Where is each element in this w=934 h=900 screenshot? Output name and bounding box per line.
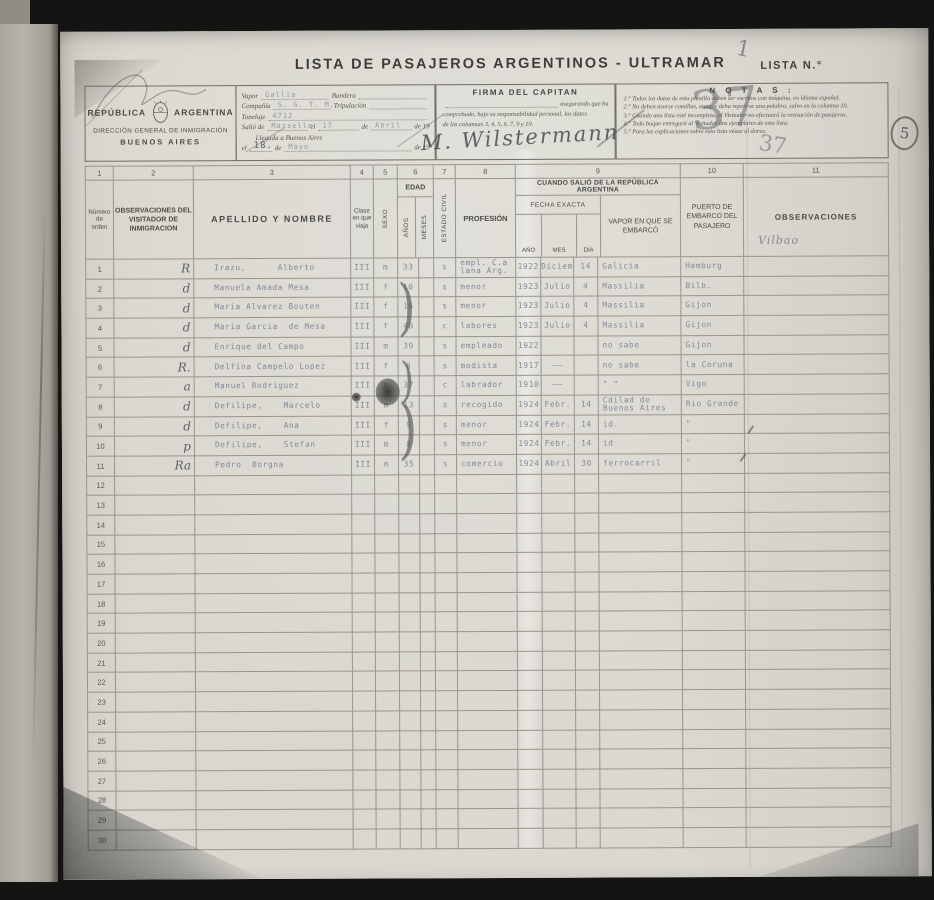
cell-anos: 37 <box>398 376 419 396</box>
cell-profesion: menor <box>456 435 516 455</box>
cell-sexo <box>376 750 400 770</box>
de-label: de <box>362 123 369 131</box>
cell-estado-civil <box>435 474 457 494</box>
header-estado-civil: ESTADO CIVIL <box>433 179 455 258</box>
cell-mes-salida: —— <box>541 375 574 395</box>
cell-profesion <box>457 533 517 553</box>
cell-numero: 6 <box>86 358 114 378</box>
cell-numero: 4 <box>86 318 114 338</box>
cell-mes-salida <box>542 651 575 671</box>
agency-department: DIRECCIÓN GENERAL DE INMIGRACIÓN <box>86 127 236 135</box>
cell-dia-salida <box>575 611 599 631</box>
cell-sexo <box>376 789 400 809</box>
cell-clase <box>353 790 376 810</box>
page-number-stamp: 5 <box>889 115 920 152</box>
cell-estado-civil <box>436 809 458 829</box>
cell-apellido-nombre: Manuela Amada Mesa <box>194 278 351 298</box>
cell-ano-salida <box>518 828 543 848</box>
pencil-port-note: Vilbao <box>758 234 799 247</box>
cell-ano-salida <box>517 612 542 632</box>
cell-mes-salida <box>543 769 576 789</box>
cell-puerto-embarco <box>682 532 745 552</box>
col-number: 11 <box>743 163 888 178</box>
cell-estado-civil: c <box>434 376 456 396</box>
cell-dia-salida: 14 <box>574 415 598 435</box>
cell-anos <box>399 553 420 573</box>
scanner-corner-paper <box>0 0 30 26</box>
cell-puerto-embarco <box>683 670 746 690</box>
cell-visitador-mark: R. <box>114 357 194 377</box>
cell-anos <box>399 514 420 534</box>
cell-visitador-mark: p <box>114 436 194 456</box>
cell-numero: 7 <box>86 377 114 397</box>
ink-blot <box>376 378 400 405</box>
cell-estado-civil: s <box>434 395 456 415</box>
cell-estado-civil: c <box>434 317 456 337</box>
cell-visitador-mark: d <box>114 397 194 417</box>
cell-numero: 27 <box>88 771 116 791</box>
cell-vapor-embarco <box>599 611 682 631</box>
cell-estado-civil: s <box>434 336 456 356</box>
cell-visitador-mark <box>115 672 195 692</box>
cell-puerto-embarco <box>682 571 745 591</box>
cell-numero: 25 <box>88 732 116 752</box>
cell-vapor-embarco <box>600 729 683 749</box>
cell-estado-civil <box>435 632 457 652</box>
pencil-number-small: 37 <box>757 131 788 160</box>
cell-puerto-embarco: Gijon <box>681 315 744 335</box>
cell-dia-salida <box>575 592 599 612</box>
cell-dia-salida <box>576 690 600 710</box>
cell-puerto-embarco <box>683 788 746 808</box>
llegada-dia: 18. <box>254 141 273 151</box>
salio-mes: Abril <box>375 121 401 129</box>
cell-sexo <box>375 494 399 514</box>
cell-clase: III <box>351 337 374 357</box>
cell-mes-salida <box>542 533 575 553</box>
cell-meses <box>421 770 436 790</box>
cell-meses <box>420 455 435 475</box>
cell-estado-civil: s <box>434 297 456 317</box>
cell-clase <box>353 770 376 790</box>
cell-profesion: menor <box>456 415 516 435</box>
cell-apellido-nombre <box>195 534 352 554</box>
cell-estado-civil <box>435 612 457 632</box>
col-number: 4 <box>350 165 373 179</box>
compania-label: Compañía <box>241 102 270 110</box>
cell-dia-salida: 14 <box>574 257 598 277</box>
cell-clase <box>353 731 376 751</box>
cell-numero: 3 <box>86 299 114 319</box>
cell-numero: 11 <box>87 456 115 476</box>
cell-anos <box>400 770 421 790</box>
cell-mes-salida: Julio <box>541 277 574 297</box>
cell-puerto-embarco <box>682 611 745 631</box>
cell-sexo <box>375 671 399 691</box>
cell-sexo <box>376 829 400 849</box>
empty-row: 30 <box>88 827 891 850</box>
cell-numero: 24 <box>88 712 116 732</box>
cell-dia-salida <box>575 474 599 494</box>
cell-anos: 16 <box>398 297 419 317</box>
cell-visitador-mark <box>115 633 195 653</box>
ink-blot <box>352 393 361 402</box>
cell-puerto-embarco: Bilb. <box>681 276 744 296</box>
cell-dia-salida <box>574 355 598 375</box>
cell-sexo: f <box>374 356 398 376</box>
cell-estado-civil <box>435 553 457 573</box>
cell-observaciones <box>746 709 891 729</box>
cell-apellido-nombre: Enrique del Campo <box>194 337 351 357</box>
cell-apellido-nombre: Maria Garcia de Mesa <box>194 317 351 337</box>
cell-mes-salida <box>543 828 576 848</box>
cell-ano-salida <box>517 494 542 514</box>
cell-numero: 20 <box>87 633 115 653</box>
cell-visitador-mark <box>115 534 195 554</box>
cell-apellido-nombre: Irazu, Alberto <box>194 258 351 278</box>
cell-anos <box>399 573 420 593</box>
col-number: 3 <box>193 165 350 180</box>
llegada-mes-field: Mayo <box>284 150 411 152</box>
cell-clase: III <box>351 258 374 278</box>
cell-sexo <box>376 691 400 711</box>
cell-mes-salida <box>543 690 576 710</box>
cell-visitador-mark <box>116 771 196 791</box>
cell-profesion: labores <box>456 316 516 336</box>
cell-apellido-nombre <box>195 613 352 633</box>
paper-crease <box>898 88 902 868</box>
cell-vapor-embarco: Massilia <box>598 276 681 296</box>
cell-anos <box>400 789 421 809</box>
cell-estado-civil <box>435 494 457 514</box>
cell-estado-civil: s <box>434 277 456 297</box>
cell-puerto-embarco: la Coruna <box>681 355 744 375</box>
cell-visitador-mark <box>116 751 196 771</box>
cell-numero: 12 <box>87 476 115 496</box>
cell-clase <box>352 632 375 652</box>
cell-mes-salida <box>542 671 575 691</box>
cell-meses <box>421 789 436 809</box>
cell-meses <box>420 671 435 691</box>
cell-puerto-embarco <box>683 749 746 769</box>
cell-ano-salida: 1923 <box>516 277 541 297</box>
cell-anos <box>399 652 420 672</box>
cell-mes-salida: Julio <box>541 297 574 317</box>
cell-ano-salida <box>518 769 543 789</box>
cell-apellido-nombre <box>195 573 352 593</box>
cell-profesion: comercio <box>457 454 517 474</box>
cell-anos: 10 <box>398 278 419 298</box>
cell-clase <box>353 711 376 731</box>
cell-profesion: empleado <box>456 336 516 356</box>
cell-numero: 8 <box>86 397 114 417</box>
cell-clase <box>352 553 375 573</box>
cell-observaciones <box>745 492 890 512</box>
cell-observaciones <box>746 768 891 788</box>
cell-apellido-nombre <box>196 809 353 829</box>
cell-apellido-nombre <box>195 475 352 495</box>
cell-dia-salida <box>574 336 598 356</box>
cell-estado-civil <box>436 789 458 809</box>
cell-observaciones <box>744 275 889 295</box>
cell-vapor-embarco: Galicia <box>598 257 681 277</box>
cell-clase: III <box>351 278 374 298</box>
cell-puerto-embarco <box>683 690 746 710</box>
cell-anos <box>399 671 420 691</box>
cell-puerto-embarco <box>682 493 745 513</box>
cell-estado-civil <box>435 592 457 612</box>
cell-mes-salida <box>542 612 575 632</box>
cell-puerto-embarco <box>682 650 745 670</box>
cell-observaciones <box>745 531 890 551</box>
cell-observaciones <box>744 335 889 355</box>
cell-profesion <box>457 612 517 632</box>
cell-sexo: m <box>374 435 398 455</box>
cell-apellido-nombre <box>195 514 352 534</box>
cell-apellido-nombre: Defilipe, Ana <box>194 416 351 436</box>
cell-vapor-embarco <box>600 808 683 828</box>
cell-meses <box>421 730 436 750</box>
cell-sexo <box>375 534 399 554</box>
cell-ano-salida <box>517 474 542 494</box>
cell-puerto-embarco <box>682 591 745 611</box>
llegada-de-label: de <box>275 144 282 152</box>
salio-value: Marsella <box>271 122 313 130</box>
cell-vapor-embarco <box>600 828 683 848</box>
cell-visitador-mark: d <box>114 338 194 358</box>
cell-vapor-embarco <box>600 769 683 789</box>
cell-puerto-embarco <box>683 768 746 788</box>
cell-sexo <box>375 632 399 652</box>
cell-profesion <box>458 828 518 848</box>
cell-ano-salida <box>517 592 542 612</box>
cell-numero: 19 <box>87 614 115 634</box>
cell-anos <box>400 711 421 731</box>
cell-ano-salida <box>517 572 542 592</box>
cell-ano-salida <box>518 730 543 750</box>
col-number: 7 <box>433 165 455 179</box>
cell-vapor-embarco: ferrocarril <box>599 454 682 474</box>
cell-mes-salida: Julio <box>541 316 574 336</box>
cell-observaciones <box>745 512 890 532</box>
cell-ano-salida <box>518 690 543 710</box>
cell-apellido-nombre <box>195 672 352 692</box>
cell-numero: 10 <box>86 436 114 456</box>
cell-clase: III <box>352 455 375 475</box>
salio-dia: 17 <box>322 122 332 130</box>
compania-value: S. G. T. M. <box>278 101 335 109</box>
cell-meses <box>421 691 436 711</box>
header-fecha-exacta: FECHA EXACTA AÑO MES DÍA <box>516 196 600 257</box>
bandera-label: Bandera <box>332 91 356 99</box>
cell-ano-salida <box>517 671 542 691</box>
cell-estado-civil: s <box>435 455 457 475</box>
cell-apellido-nombre <box>195 553 352 573</box>
cell-dia-salida <box>575 552 599 572</box>
cell-observaciones <box>744 374 889 394</box>
agency-box: REPÚBLICA ARGENTINA DIRECCIÓN GENERAL DE… <box>84 85 236 162</box>
cell-vapor-embarco <box>599 591 682 611</box>
cell-estado-civil <box>435 671 457 691</box>
cell-mes-salida: Febr. <box>541 434 574 454</box>
cell-mes-salida <box>542 572 575 592</box>
cell-meses <box>419 396 434 416</box>
cell-vapor-embarco <box>599 631 682 651</box>
cell-profesion: menor <box>456 277 516 297</box>
cell-clase <box>352 593 375 613</box>
cell-dia-salida: 14 <box>574 434 598 454</box>
cell-meses <box>420 632 435 652</box>
cell-meses <box>420 652 435 672</box>
cell-numero: 22 <box>87 673 115 693</box>
cell-clase <box>352 514 375 534</box>
cell-observaciones <box>745 551 890 571</box>
cell-ano-salida: 1923 <box>516 316 541 336</box>
cell-sexo: f <box>374 278 398 298</box>
cell-observaciones <box>746 787 891 807</box>
cell-vapor-embarco <box>599 552 682 572</box>
cell-vapor-embarco <box>600 788 683 808</box>
cell-puerto-embarco <box>682 473 745 493</box>
cell-puerto-embarco: " <box>681 414 744 434</box>
cell-puerto-embarco: Hamburg <box>681 256 744 276</box>
cell-anos <box>399 612 420 632</box>
cell-visitador-mark: a <box>114 377 194 397</box>
cell-dia-salida <box>576 749 600 769</box>
cell-anos <box>399 593 420 613</box>
cell-visitador-mark: d <box>114 298 194 318</box>
cell-anos <box>400 809 421 829</box>
cell-vapor-embarco <box>599 473 682 493</box>
cell-meses <box>421 809 436 829</box>
cell-profesion <box>457 494 517 514</box>
cell-profesion <box>458 750 518 770</box>
cell-profesion: recogido <box>456 395 516 415</box>
header-numero: Númerodeorden <box>85 180 113 259</box>
cell-clase: III <box>351 356 374 376</box>
cell-meses <box>420 612 435 632</box>
cell-sexo <box>376 809 400 829</box>
agency-name-left: REPÚBLICA <box>87 108 146 118</box>
cell-apellido-nombre <box>196 711 353 731</box>
header-apellido-nombre: APELLIDO Y NOMBRE <box>193 179 350 259</box>
cell-clase: III <box>351 317 374 337</box>
cell-estado-civil <box>436 770 458 790</box>
cell-mes-salida: Febr. <box>541 395 574 415</box>
cell-ano-salida <box>517 533 542 553</box>
cell-ano-salida: 1924 <box>516 395 541 415</box>
cell-puerto-embarco <box>682 552 745 572</box>
header-profesion: PROFESIÓN <box>455 178 515 257</box>
cell-dia-salida <box>576 710 600 730</box>
cell-anos: 8 <box>398 356 419 376</box>
cell-numero: 16 <box>87 554 115 574</box>
tonelaje-label: Tonelaje <box>242 113 266 121</box>
captain-clause-lead: asegurando que ha <box>560 101 608 108</box>
salio-label: Salió de <box>242 123 265 131</box>
document-page: LISTA DE PASAJEROS ARGENTINOS - ULTRAMAR… <box>60 28 932 880</box>
cell-mes-salida <box>542 474 575 494</box>
cell-ano-salida: 1922 <box>516 336 541 356</box>
agency-city: BUENOS AIRES <box>86 137 236 147</box>
cell-observaciones <box>744 315 889 335</box>
cell-visitador-mark <box>115 515 195 535</box>
cell-anos <box>399 533 420 553</box>
cell-anos <box>399 474 420 494</box>
cell-observaciones <box>744 295 889 315</box>
cell-numero: 18 <box>87 594 115 614</box>
col-number: 9 <box>515 164 680 179</box>
cell-profesion <box>457 474 517 494</box>
cell-ano-salida: 1924 <box>516 415 541 435</box>
cell-mes-salida <box>543 808 576 828</box>
cell-estado-civil <box>435 514 457 534</box>
cell-meses <box>421 829 436 849</box>
cell-puerto-embarco <box>682 512 745 532</box>
tonelaje-value: 4712 <box>272 111 293 119</box>
salio-dia-field: 17 <box>318 130 358 131</box>
cell-anos: 9 <box>398 415 419 435</box>
cell-vapor-embarco <box>599 650 682 670</box>
cell-profesion: modista <box>456 356 516 376</box>
cell-estado-civil <box>435 533 457 553</box>
cell-meses <box>420 514 435 534</box>
cell-anos: 39 <box>398 337 419 357</box>
cell-dia-salida <box>575 493 599 513</box>
cell-numero: 21 <box>87 653 115 673</box>
cell-dia-salida: 4 <box>574 316 598 336</box>
cell-anos: 40 <box>398 317 419 337</box>
cell-puerto-embarco: Gijon <box>681 296 744 316</box>
cell-meses <box>421 711 436 731</box>
cell-numero: 23 <box>88 692 116 712</box>
cell-visitador-mark <box>115 613 195 633</box>
cell-mes-salida <box>542 513 575 533</box>
cell-estado-civil: s <box>434 258 456 278</box>
cell-meses <box>421 750 436 770</box>
cell-sexo: m <box>375 455 399 475</box>
cell-anos <box>400 691 421 711</box>
header-meses: MESES <box>415 197 433 257</box>
cell-visitador-mark: d <box>114 279 194 299</box>
cell-numero: 13 <box>87 495 115 515</box>
cell-meses <box>420 474 435 494</box>
cell-dia-salida <box>575 651 599 671</box>
cell-puerto-embarco <box>683 808 746 828</box>
cell-ano-salida: 1910 <box>516 375 541 395</box>
cell-apellido-nombre: Delfina Campelo Lopez <box>194 357 351 377</box>
cell-puerto-embarco: Gijon <box>681 335 744 355</box>
cell-vapor-embarco <box>600 710 683 730</box>
cell-apellido-nombre <box>196 731 353 751</box>
cell-clase <box>353 809 376 829</box>
llegada-dia-field: 18. <box>250 151 272 152</box>
cell-apellido-nombre <box>196 750 353 770</box>
cell-vapor-embarco <box>599 513 682 533</box>
cell-clase <box>352 612 375 632</box>
cell-mes-salida <box>543 730 576 750</box>
captain-name-field <box>445 107 557 108</box>
cell-sexo <box>375 612 399 632</box>
header-vapor-embarco: VAPOR EN QUE SE EMBARCÓ <box>600 195 680 256</box>
cell-clase <box>353 829 376 849</box>
cell-visitador-mark <box>116 712 196 732</box>
vapor-label: Vapor <box>241 92 258 100</box>
cell-observaciones <box>746 807 891 827</box>
cell-numero: 9 <box>86 417 114 437</box>
cell-mes-salida <box>541 336 574 356</box>
cell-profesion <box>458 710 518 730</box>
